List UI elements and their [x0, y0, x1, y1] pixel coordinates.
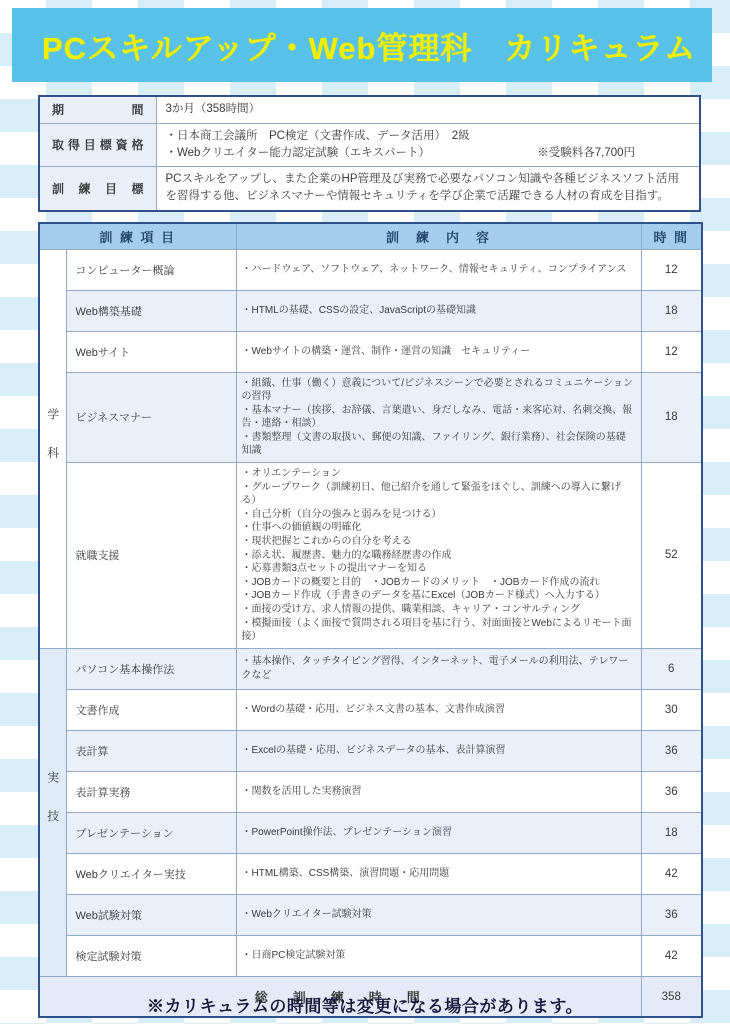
hours-cell: 18: [641, 372, 702, 463]
category-label: 実技: [47, 771, 59, 848]
info-row: 訓練目標PCスキルをアップし、また企業のHP管理及び実務で必要なパソコン知識や各…: [39, 167, 700, 211]
curriculum-page: PCスキルアップ・Web管理科 カリキュラム 期間3か月（358時間）取得目標資…: [0, 0, 730, 1024]
info-row-label: 期間: [39, 96, 156, 123]
content-cell: ・関数を活用した実務演習: [236, 771, 641, 812]
item-cell: ビジネスマナー: [66, 372, 236, 463]
item-cell: 就職支援: [66, 463, 236, 649]
header-banner: PCスキルアップ・Web管理科 カリキュラム: [12, 8, 712, 82]
item-cell: Web試験対策: [66, 894, 236, 935]
item-cell: 検定試験対策: [66, 935, 236, 976]
credential-line: ・日本商工会議所 PC検定（文書作成、データ活用） 2級: [166, 128, 691, 145]
category-cell: 実技: [39, 648, 66, 976]
hours-cell: 12: [641, 249, 702, 290]
table-row: Web試験対策・Webクリエイター試験対策36: [39, 894, 702, 935]
content-cell: ・オリエンテーション ・グループワーク（訓練初日、他己紹介を通して緊張をほぐし、…: [236, 463, 641, 649]
content-cell: ・HTML構築、CSS構築、演習問題・応用問題: [236, 853, 641, 894]
table-row: プレゼンテーション・PowerPoint操作法、プレゼンテーション演習18: [39, 812, 702, 853]
hours-cell: 6: [641, 648, 702, 689]
exam-fee-note: ※受験料各7,700円: [537, 145, 635, 162]
table-row: Webサイト・Webサイトの構築・運営、制作・運営の知識 セキュリティー12: [39, 331, 702, 372]
course-info-table: 期間3か月（358時間）取得目標資格・日本商工会議所 PC検定（文書作成、データ…: [38, 95, 701, 212]
content-cell: ・組織、仕事（働く）意義について/ビジネスシーンで必要とされるコミュニケーション…: [236, 372, 641, 463]
hours-cell: 12: [641, 331, 702, 372]
item-cell: 表計算実務: [66, 771, 236, 812]
hours-cell: 30: [641, 689, 702, 730]
info-row-content: ・日本商工会議所 PC検定（文書作成、データ活用） 2級・Webクリエイター能力…: [156, 123, 700, 167]
item-cell: 表計算: [66, 730, 236, 771]
content-cell: ・Webサイトの構築・運営、制作・運営の知識 セキュリティー: [236, 331, 641, 372]
info-row-label: 訓練目標: [39, 167, 156, 211]
table-row: Web構築基礎・HTMLの基礎、CSSの設定、JavaScriptの基礎知識18: [39, 290, 702, 331]
column-header-hours: 時 間: [641, 223, 702, 249]
curriculum-header-row: 訓 練 項 目 訓 練 内 容 時 間: [39, 223, 702, 249]
table-row: 文書作成・Wordの基礎・応用、ビジネス文書の基本、文書作成演習30: [39, 689, 702, 730]
content-cell: ・日商PC検定試験対策: [236, 935, 641, 976]
content-cell: ・基本操作、タッチタイピング習得、インターネット、電子メールの利用法、テレワーク…: [236, 648, 641, 689]
hours-cell: 18: [641, 812, 702, 853]
hours-cell: 36: [641, 771, 702, 812]
table-row: ビジネスマナー・組織、仕事（働く）意義について/ビジネスシーンで必要とされるコミ…: [39, 372, 702, 463]
item-cell: パソコン基本操作法: [66, 648, 236, 689]
footer-note: ※カリキュラムの時間等は変更になる場合があります。: [0, 992, 730, 1017]
hours-cell: 36: [641, 894, 702, 935]
category-cell: 学科: [39, 249, 66, 648]
info-row-content: PCスキルをアップし、また企業のHP管理及び実務で必要なパソコン知識や各種ビジネ…: [156, 167, 700, 211]
content-cell: ・Webクリエイター試験対策: [236, 894, 641, 935]
content-cell: ・PowerPoint操作法、プレゼンテーション演習: [236, 812, 641, 853]
item-cell: プレゼンテーション: [66, 812, 236, 853]
column-header-item: 訓 練 項 目: [39, 223, 236, 249]
content-cell: ・ハードウェア、ソフトウェア、ネットワーク、情報セキュリティ、コンプライアンス: [236, 249, 641, 290]
item-cell: Webサイト: [66, 331, 236, 372]
column-header-content: 訓 練 内 容: [236, 223, 641, 249]
hours-cell: 52: [641, 463, 702, 649]
hours-cell: 18: [641, 290, 702, 331]
hours-cell: 36: [641, 730, 702, 771]
content-cell: ・Wordの基礎・応用、ビジネス文書の基本、文書作成演習: [236, 689, 641, 730]
hours-cell: 42: [641, 853, 702, 894]
content-cell: ・Excelの基礎・応用、ビジネスデータの基本、表計算演習: [236, 730, 641, 771]
table-row: 就職支援・オリエンテーション ・グループワーク（訓練初日、他己紹介を通して緊張を…: [39, 463, 702, 649]
item-cell: Web構築基礎: [66, 290, 236, 331]
table-row: Webクリエイター実技・HTML構築、CSS構築、演習問題・応用問題42: [39, 853, 702, 894]
info-row: 取得目標資格・日本商工会議所 PC検定（文書作成、データ活用） 2級・Webクリ…: [39, 123, 700, 167]
item-cell: コンピューター概論: [66, 249, 236, 290]
info-row: 期間3か月（358時間）: [39, 96, 700, 123]
content-cell: ・HTMLの基礎、CSSの設定、JavaScriptの基礎知識: [236, 290, 641, 331]
table-row: 学科コンピューター概論・ハードウェア、ソフトウェア、ネットワーク、情報セキュリテ…: [39, 249, 702, 290]
item-cell: Webクリエイター実技: [66, 853, 236, 894]
table-row: 表計算・Excelの基礎・応用、ビジネスデータの基本、表計算演習36: [39, 730, 702, 771]
table-row: 検定試験対策・日商PC検定試験対策42: [39, 935, 702, 976]
hours-cell: 42: [641, 935, 702, 976]
info-row-label: 取得目標資格: [39, 123, 156, 167]
info-row-content: 3か月（358時間）: [156, 96, 700, 123]
table-row: 実技パソコン基本操作法・基本操作、タッチタイピング習得、インターネット、電子メー…: [39, 648, 702, 689]
table-row: 表計算実務・関数を活用した実務演習36: [39, 771, 702, 812]
credential-line: ・Webクリエイター能力認定試験（エキスパート）※受験料各7,700円: [166, 145, 691, 162]
curriculum-table: 訓 練 項 目 訓 練 内 容 時 間 学科コンピューター概論・ハードウェア、ソ…: [38, 222, 703, 1018]
category-label: 学科: [47, 408, 59, 485]
credential-text: ・Webクリエイター能力認定試験（エキスパート）: [166, 145, 430, 162]
item-cell: 文書作成: [66, 689, 236, 730]
page-title: PCスキルアップ・Web管理科 カリキュラム: [42, 23, 696, 68]
